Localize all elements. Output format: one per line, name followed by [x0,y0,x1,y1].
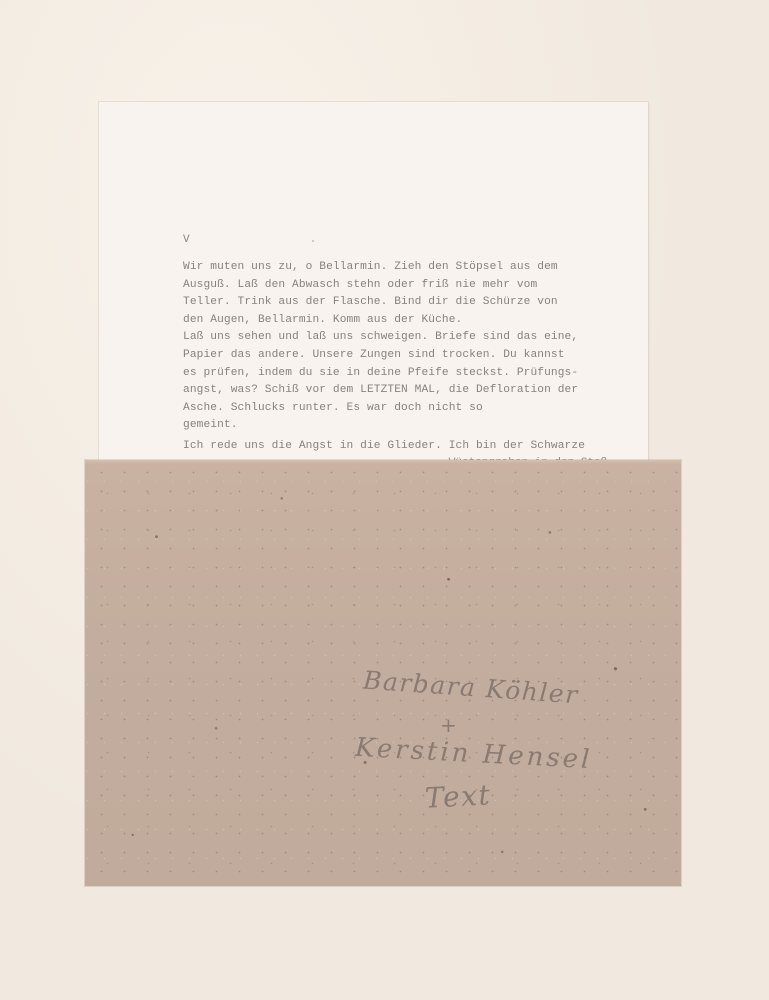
section-mark: V [183,234,190,246]
typed-line: Ausguß. Laß den Abwasch stehn oder friß … [183,277,623,295]
handwritten-credits: Barbara Köhler + Kerstin Hensel Text [355,665,635,835]
typed-line: Laß uns sehen und laß uns schweigen. Bri… [183,329,623,347]
typed-line: Wir muten uns zu, o Bellarmin. Zieh den … [183,259,623,277]
typed-line: angst, was? Schiß vor dem LETZTEN MAL, d… [183,382,623,400]
stray-ink-dot [312,240,314,242]
typed-line: den Augen, Bellarmin. Komm aus der Küche… [183,312,623,330]
handwritten-plus: + [440,713,458,737]
typed-paragraph-2: Ich rede uns die Angst in die Glieder. I… [183,438,623,456]
typed-line: Teller. Trink aus der Flasche. Bind dir … [183,294,623,312]
typed-line: es prüfen, indem du sie in deine Pfeife … [183,365,623,383]
handwritten-name-1: Barbara Köhler [362,666,579,710]
handwritten-name-2: Kerstin Hensel [354,733,593,775]
typed-line: gemeint. [183,417,623,435]
kraft-paper-sheet: Barbara Köhler + Kerstin Hensel Text [85,460,681,886]
typed-line: Asche. Schlucks runter. Es war doch nich… [183,400,623,418]
handwritten-role: Text [424,778,492,814]
typed-line: Papier das andere. Unsere Zungen sind tr… [183,347,623,365]
typed-paragraph-1: Wir muten uns zu, o Bellarmin. Zieh den … [183,259,623,435]
typed-line: Ich rede uns die Angst in die Glieder. I… [183,438,623,456]
typed-sheet: V Wir muten uns zu, o Bellarmin. Zieh de… [99,102,648,468]
kraft-paper-edge [85,460,681,464]
